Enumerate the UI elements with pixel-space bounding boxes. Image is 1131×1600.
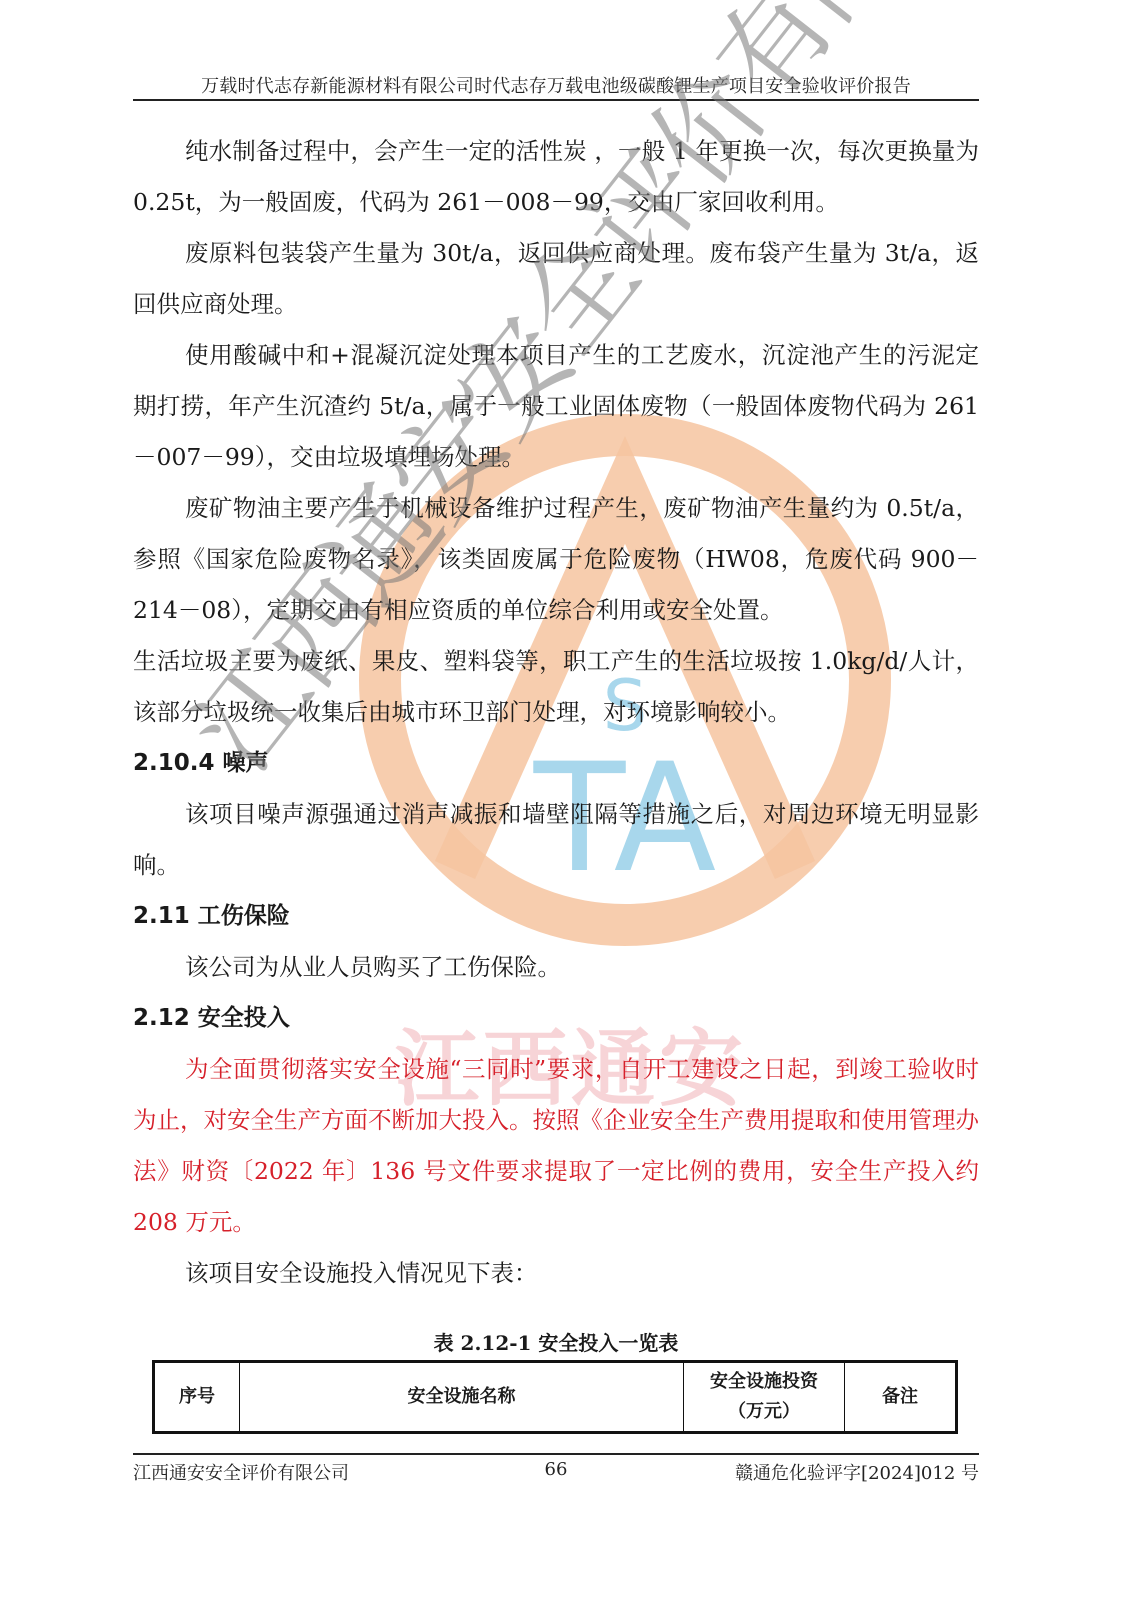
column-header-investment: 安全设施投资 （万元） [684, 1362, 845, 1433]
table-header-row: 序号 安全设施名称 安全设施投资 （万元） 备注 [154, 1362, 957, 1433]
footer-company: 江西通安安全评价有限公司 [133, 1459, 349, 1485]
footer-rule [133, 1453, 979, 1455]
document-page: S TA 江西通安 万载时代志存新能源材料有限公司时代志存万载电池级碳酸锂生产项… [0, 0, 1131, 1600]
section-heading-injury-insurance: 2.11 工伤保险 [133, 891, 979, 942]
paragraph-sludge: 使用酸碱中和+混凝沉淀处理本项目产生的工艺废水，沉淀池产生的污泥定期打捞，年产生… [133, 330, 979, 483]
running-footer: 江西通安安全评价有限公司 66 赣通危化验评字[2024]012 号 [133, 1459, 979, 1485]
column-header-serial: 序号 [154, 1362, 240, 1433]
paragraph-packaging-bags: 废原料包装袋产生量为 30t/a，返回供应商处理。废布袋产生量为 3t/a，返回… [133, 228, 979, 330]
footer-doc-number: 赣通危化验评字[2024]012 号 [735, 1459, 979, 1485]
running-header: 万载时代志存新能源材料有限公司时代志存万载电池级碳酸锂生产项目安全验收评价报告 [133, 72, 979, 98]
document-body: 纯水制备过程中，会产生一定的活性炭 ，一般 1 年更换一次，每次更换量为 0.2… [133, 126, 979, 1299]
column-header-facility-name: 安全设施名称 [240, 1362, 684, 1433]
paragraph-safety-investment-red: 为全面贯彻落实安全设施“三同时”要求，自开工建设之日起，到竣工验收时为止，对安全… [133, 1044, 979, 1248]
paragraph-activated-carbon: 纯水制备过程中，会产生一定的活性炭 ，一般 1 年更换一次，每次更换量为 0.2… [133, 126, 979, 228]
paragraph-noise: 该项目噪声源强通过消声减振和墙壁阻隔等措施之后，对周边环境无明显影响。 [133, 789, 979, 891]
column-header-remarks: 备注 [845, 1362, 957, 1433]
paragraph-injury-insurance: 该公司为从业人员购买了工伤保险。 [133, 942, 979, 993]
paragraph-domestic-waste: 生活垃圾主要为废纸、果皮、塑料袋等，职工产生的生活垃圾按 1.0kg/d/人计，… [133, 636, 979, 738]
table-caption: 表 2.12-1 安全投入一览表 [133, 1327, 979, 1356]
section-heading-safety-investment: 2.12 安全投入 [133, 993, 979, 1044]
header-rule [133, 99, 979, 101]
investment-header-line1: 安全设施投资 [690, 1367, 838, 1397]
section-heading-noise: 2.10.4 噪声 [133, 738, 979, 789]
paragraph-waste-oil: 废矿物油主要产生于机械设备维护过程产生，废矿物油产生量约为 0.5t/a，参照《… [133, 483, 979, 636]
safety-investment-table: 序号 安全设施名称 安全设施投资 （万元） 备注 [152, 1360, 958, 1434]
paragraph-table-intro: 该项目安全设施投入情况见下表： [133, 1248, 979, 1299]
investment-header-line2: （万元） [690, 1397, 838, 1427]
